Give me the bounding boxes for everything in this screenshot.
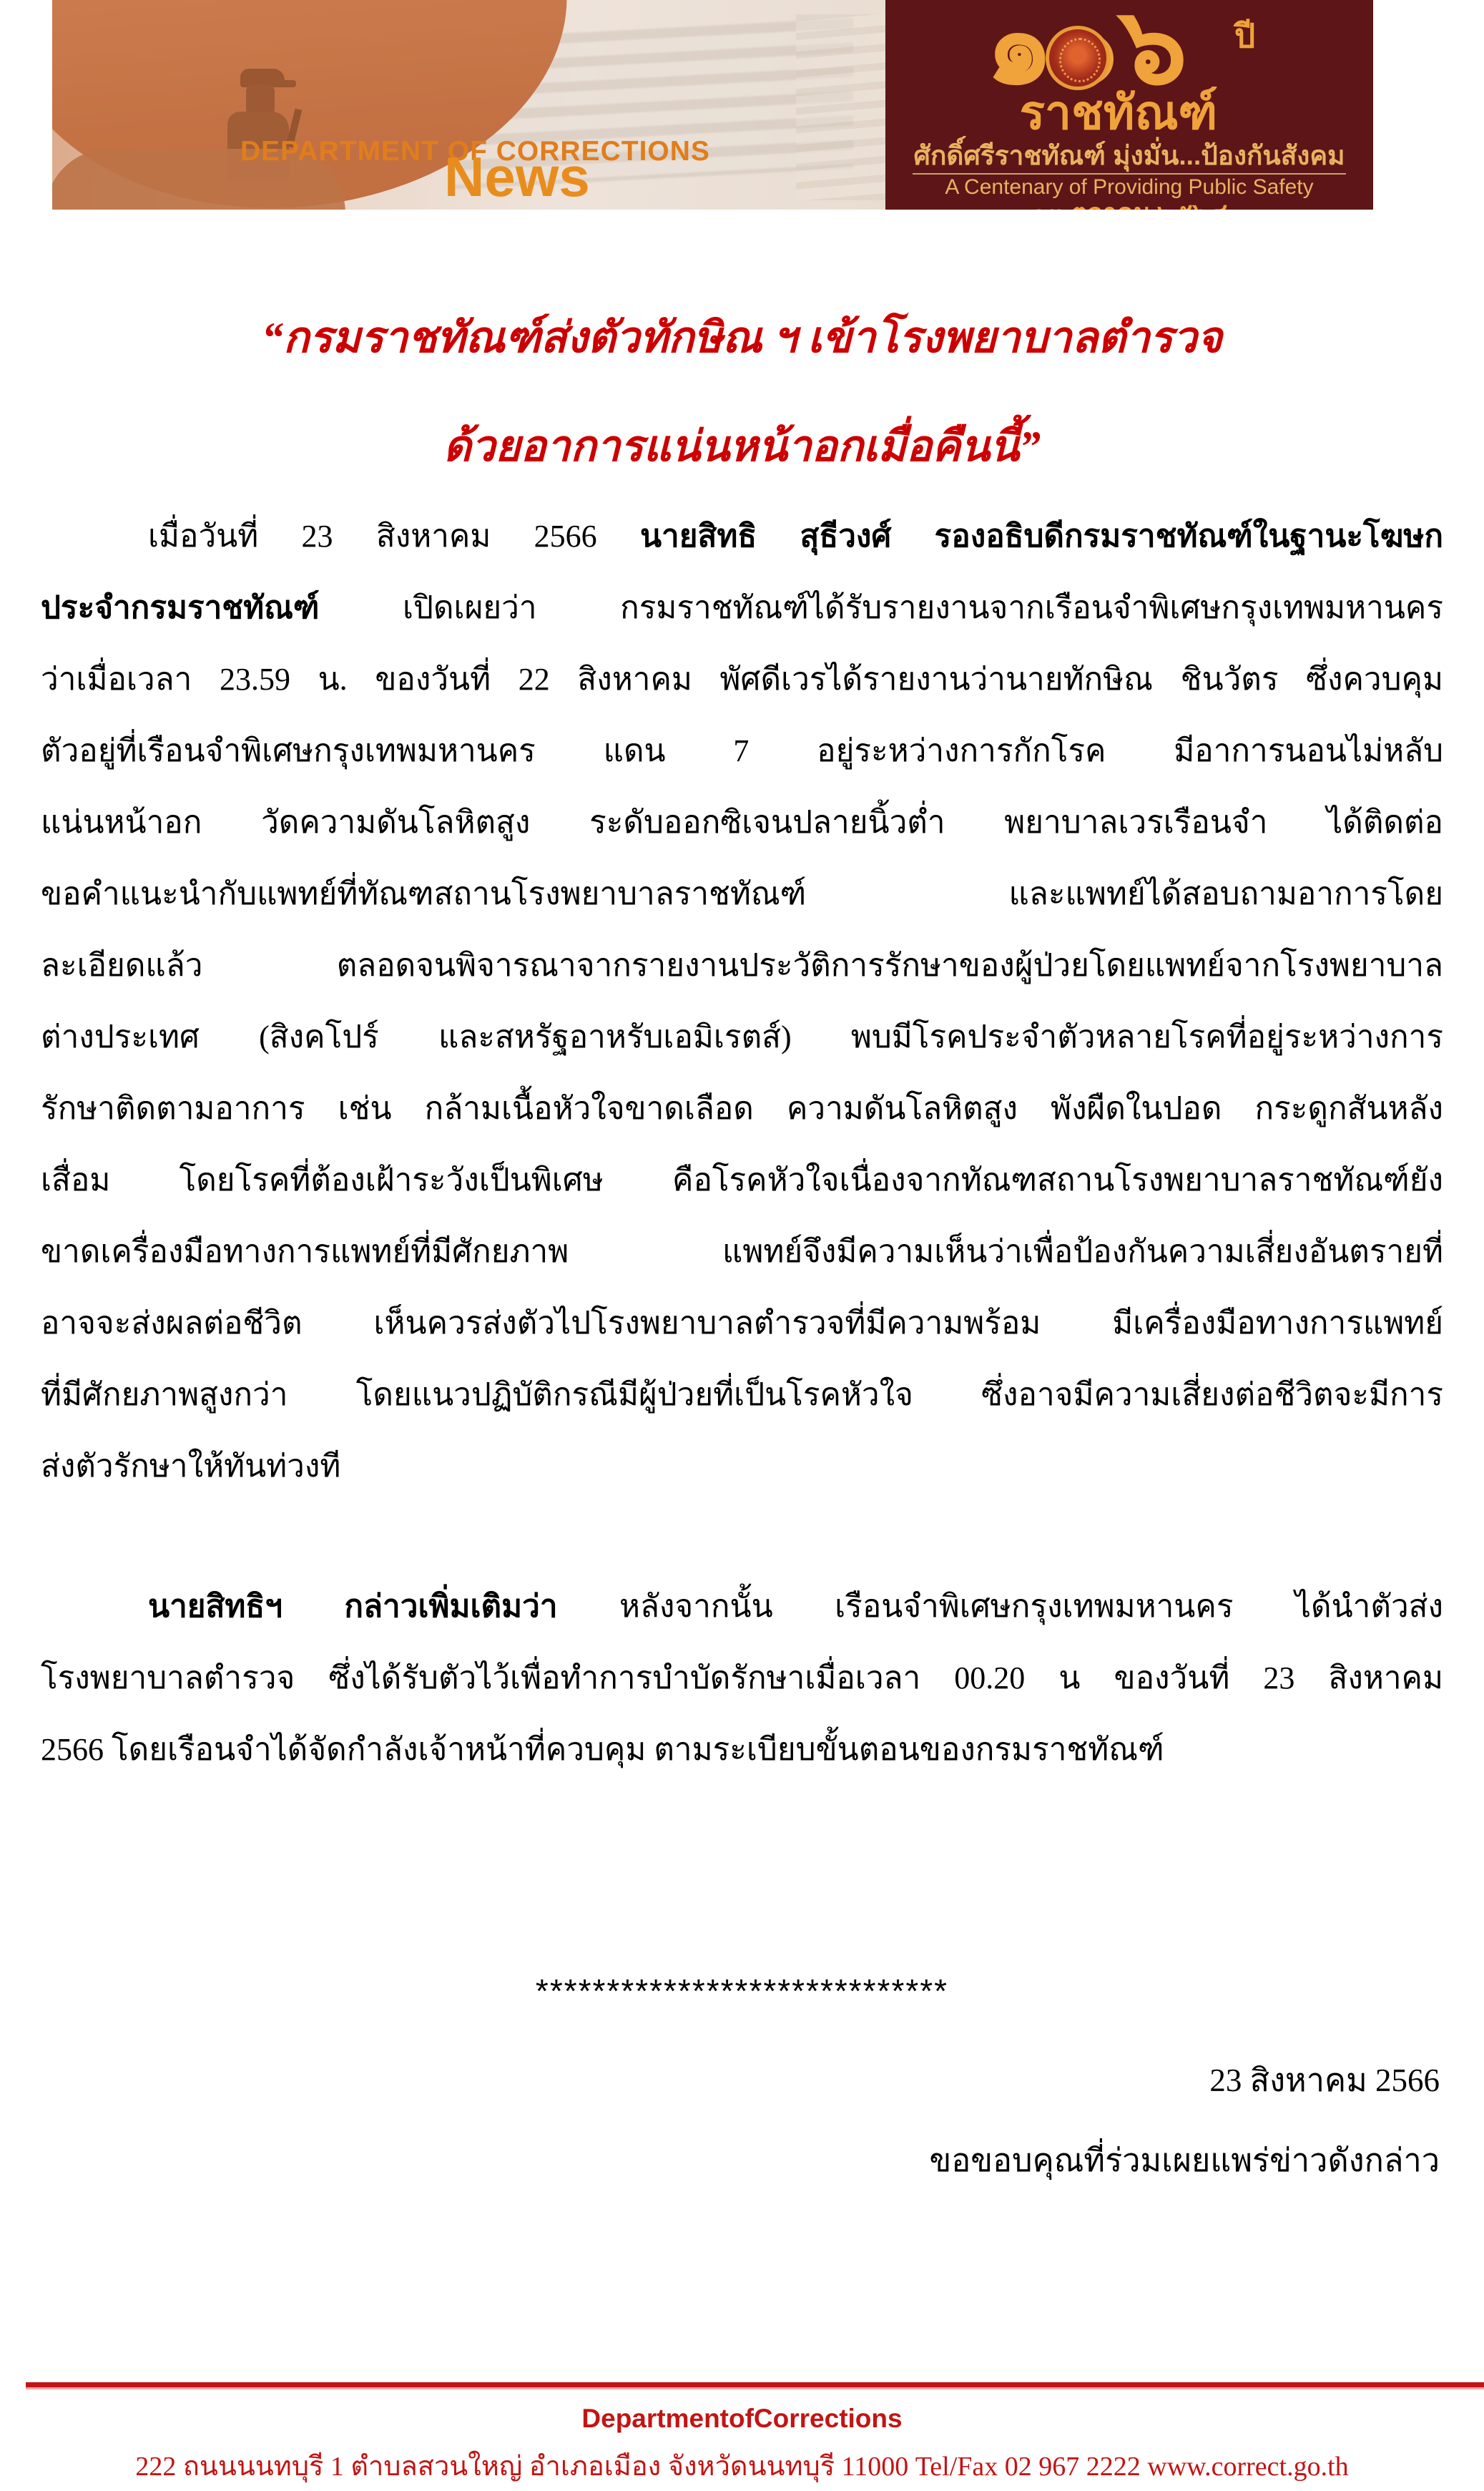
sign-off-date: 23 สิงหาคม 2566 [929,2040,1440,2120]
body-text-run: 2566 โดยเรือนจำได้จัดกำลังเจ้าหน้าที่ควบ… [41,1732,1164,1767]
panel-date-thai: ๑๓ ตุลาคม ๒๕๖๔ [885,183,1373,210]
body-line: ต่างประเทศ (สิงคโปร์ และสหรัฐอาหรับเอมิเ… [41,1002,1443,1073]
body-line: ประจำกรมราชทัณฑ์ เปิดเผยว่า กรมราชทัณฑ์ไ… [41,572,1443,644]
body-line: ที่มีศักยภาพสูงกว่า โดยแนวปฏิบัติกรณีมีผ… [41,1359,1443,1431]
asterisk-separator: ***************************** [0,1972,1484,2010]
body-text-run: ละเอียดแล้ว ตลอดจนพิจารณาจากรายงานประวัต… [41,948,1443,983]
body-text-run: โรงพยาบาลตำรวจ ซึ่งได้รับตัวไว้เพื่อทำกา… [41,1660,1443,1695]
body-line: ขาดเครื่องมือทางการแพทย์ที่มีศักยภาพ แพท… [41,1216,1443,1288]
building-backdrop-right [796,14,885,200]
body-text-run: ต่างประเทศ (สิงคโปร์ และสหรัฐอาหรับเอมิเ… [41,1019,1443,1054]
body-line: ส่งตัวรักษาให้ทันท่วงที [41,1431,1443,1502]
body-text-run: เปิดเผยว่า กรมราชทัณฑ์ได้รับรายงานจากเรื… [320,590,1443,625]
body-text-run: แน่นหน้าอก วัดความดันโลหิตสูง ระดับออกซิ… [41,805,1443,840]
body-text-run: ว่าเมื่อเวลา 23.59 น. ของวันที่ 22 สิงหา… [41,662,1443,697]
panel-tagline-rule [913,173,1346,175]
headline-line-2: ด้วยอาการแน่นหน้าอกเมื่อคืนนี้” [0,392,1484,501]
footer-rule [26,2382,1484,2389]
body-line: รักษาติดตามอาการ เช่น กล้ามเนื้อหัวใจขาด… [41,1073,1443,1145]
footer-address: 222 ถนนนนทบุรี 1 ตำบลสวนใหญ่ อำเภอเมือง … [0,2444,1484,2487]
headline-line-1: “กรมราชทัณฑ์ส่งตัวทักษิณ ฯ เข้าโรงพยาบาล… [0,283,1484,392]
body-text-run: ขอคำแนะนำกับแพทย์ที่ทัณฑสถานโรงพยาบาลราช… [41,876,1443,911]
header-banner: DEPARTMENT OF CORRECTIONS News ๑๐๖ ปี รา… [52,0,1373,210]
body-text-run: ตัวอยู่ที่เรือนจำพิเศษกรุงเทพมหานคร แดน … [41,733,1443,768]
body-text-run: อาจจะส่งผลต่อชีวิต เห็นควรส่งตัวไปโรงพยา… [41,1306,1443,1341]
guard-cap-brim [273,80,296,87]
body-line: โรงพยาบาลตำรวจ ซึ่งได้รับตัวไว้เพื่อทำกา… [41,1643,1443,1714]
body-text-run: ที่มีศักยภาพสูงกว่า โดยแนวปฏิบัติกรณีมีผ… [41,1377,1443,1412]
body-line: 2566 โดยเรือนจำได้จัดกำลังเจ้าหน้าที่ควบ… [41,1714,1443,1786]
body-line: ละเอียดแล้ว ตลอดจนพิจารณาจากรายงานประวัต… [41,930,1443,1002]
sign-off: 23 สิงหาคม 2566 ขอขอบคุณที่ร่วมเผยแพร่ข่… [929,2040,1440,2201]
body-bold-run: ประจำกรมราชทัณฑ์ [41,590,320,625]
sign-off-thanks: ขอขอบคุณที่ร่วมเผยแพร่ข่าวดังกล่าว [929,2120,1440,2201]
body-paragraph: นายสิทธิฯ กล่าวเพิ่มเติมว่า หลังจากนั้น … [41,1571,1443,1786]
body-line: เมื่อวันที่ 23 สิงหาคม 2566 นายสิทธิ สุธ… [41,501,1443,572]
centenary-org-name: ราชทัณฑ์ [885,87,1373,137]
body-line: เสื่อม โดยโรคที่ต้องเฝ้าระวังเป็นพิเศษ ค… [41,1145,1443,1216]
body-line: ว่าเมื่อเวลา 23.59 น. ของวันที่ 22 สิงหา… [41,644,1443,715]
body-line: นายสิทธิฯ กล่าวเพิ่มเติมว่า หลังจากนั้น … [41,1571,1443,1643]
headline: “กรมราชทัณฑ์ส่งตัวทักษิณ ฯ เข้าโรงพยาบาล… [0,283,1484,501]
body-line: ขอคำแนะนำกับแพทย์ที่ทัณฑสถานโรงพยาบาลราช… [41,858,1443,930]
header-news-wordmark: News [444,149,590,205]
body-bold-run: นายสิทธิฯ กล่าวเพิ่มเติมว่า [148,1589,558,1624]
body-line: อาจจะส่งผลต่อชีวิต เห็นควรส่งตัวไปโรงพยา… [41,1288,1443,1359]
centenary-year-suffix: ปี [1234,10,1255,62]
body-line: ตัวอยู่ที่เรือนจำพิเศษกรุงเทพมหานคร แดน … [41,715,1443,787]
body-text-run: รักษาติดตามอาการ เช่น กล้ามเนื้อหัวใจขาด… [41,1091,1443,1126]
press-release-page: DEPARTMENT OF CORRECTIONS News ๑๐๖ ปี รา… [0,0,1484,2491]
centenary-panel: ๑๐๖ ปี ราชทัณฑ์ ศักดิ์ศรีราชทัณฑ์ มุ่งมั… [885,0,1373,210]
body-text-run: ขาดเครื่องมือทางการแพทย์ที่มีศักยภาพ แพท… [41,1234,1443,1269]
body-line: แน่นหน้าอก วัดความดันโลหิตสูง ระดับออกซิ… [41,787,1443,858]
body-text-run: เมื่อวันที่ 23 สิงหาคม 2566 [148,519,640,554]
corrections-seal-icon [1046,26,1110,90]
body-text-run: ส่งตัวรักษาให้ทันท่วงที [41,1449,340,1484]
footer-rule-dark [26,2382,1484,2387]
body-paragraph: เมื่อวันที่ 23 สิงหาคม 2566 นายสิทธิ สุธ… [41,501,1443,1502]
body-text-run: เสื่อม โดยโรคที่ต้องเฝ้าระวังเป็นพิเศษ ค… [41,1163,1443,1198]
body-bold-run: นายสิทธิ สุธีวงศ์ รองอธิบดีกรมราชทัณฑ์ใน… [640,519,1443,554]
body-text: เมื่อวันที่ 23 สิงหาคม 2566 นายสิทธิ สุธ… [41,501,1443,1786]
body-text-run: หลังจากนั้น เรือนจำพิเศษกรุงเทพมหานคร ได… [558,1589,1443,1624]
footer-rule-light [26,2387,1484,2389]
footer-org-name: DepartmentofCorrections [0,2404,1484,2434]
panel-tagline-thai: ศักดิ์ศรีราชทัณฑ์ มุ่งมั่น...ป้องกันสังค… [885,142,1373,170]
header-photo: DEPARTMENT OF CORRECTIONS News [52,0,885,210]
